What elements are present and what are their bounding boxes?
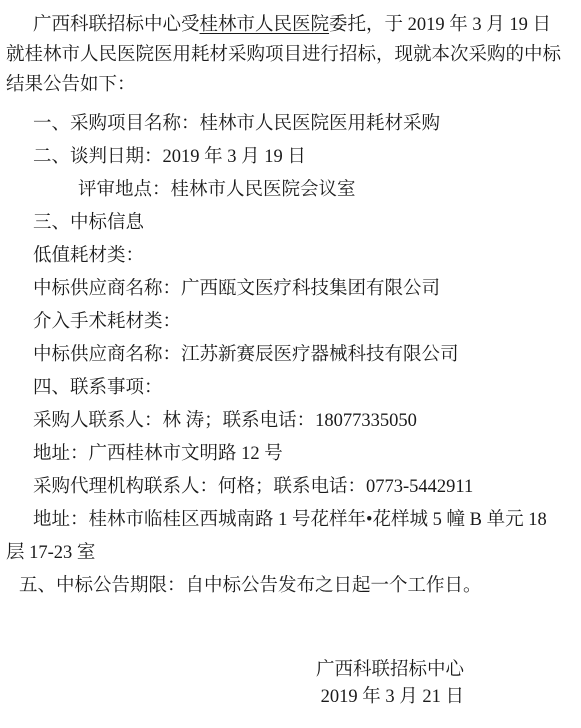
- purchaser-address: 地址：广西桂林市文明路 12 号: [6, 438, 573, 471]
- category-low-value-consumables: 低值耗材类：: [6, 240, 573, 273]
- item-5-announcement-period: 五、中标公告期限：自中标公告发布之日起一个工作日。: [6, 570, 573, 603]
- announcement-document: 广西科联招标中心受桂林市人民医院委托，于 2019 年 3 月 19 日 就桂林…: [0, 0, 581, 728]
- intro-paragraph: 广西科联招标中心受桂林市人民医院委托，于 2019 年 3 月 19 日 就桂林…: [6, 10, 573, 100]
- winner-interventional-consumables: 中标供应商名称：江苏新赛辰医疗器械科技有限公司: [6, 339, 573, 372]
- agency-address-line-2: 层 17-23 室: [6, 537, 573, 570]
- intro-line-2: 就桂林市人民医院医用耗材采购项目进行招标，现就本次采购的中标: [6, 40, 573, 70]
- agency-contact: 采购代理机构联系人：何格；联系电话：0773-5442911: [6, 471, 573, 504]
- category-interventional-consumables: 介入手术耗材类：: [6, 306, 573, 339]
- announcement-body: 一、采购项目名称：桂林市人民医院医用耗材采购 二、谈判日期：2019 年 3 月…: [6, 108, 573, 603]
- hospital-name-underlined: 桂林市人民医院: [200, 15, 330, 35]
- purchaser-contact: 采购人联系人：林 涛；联系电话：18077335050: [6, 405, 573, 438]
- item-4-contact-matters-heading: 四、联系事项：: [6, 372, 573, 405]
- agency-address-line-1: 地址：桂林市临桂区西城南路 1 号花样年•花样城 5 幢 B 单元 18: [6, 504, 573, 537]
- signature-date: 2019 年 3 月 21 日: [6, 684, 464, 711]
- intro-line-1-prefix: 广西科联招标中心受: [33, 15, 200, 35]
- intro-line-1-suffix: 委托，于 2019 年 3 月 19 日: [329, 15, 551, 35]
- item-1-project-name: 一、采购项目名称：桂林市人民医院医用耗材采购: [6, 108, 573, 141]
- intro-line-3: 结果公告如下：: [6, 70, 573, 100]
- signature-block: 广西科联招标中心 2019 年 3 月 21 日: [6, 657, 573, 711]
- signature-organization: 广西科联招标中心: [6, 657, 464, 684]
- review-location: 评审地点：桂林市人民医院会议室: [6, 174, 573, 207]
- item-2-negotiation-date: 二、谈判日期：2019 年 3 月 19 日: [6, 141, 573, 174]
- intro-line-1: 广西科联招标中心受桂林市人民医院委托，于 2019 年 3 月 19 日: [6, 10, 573, 40]
- item-3-award-info-heading: 三、中标信息: [6, 207, 573, 240]
- winner-low-value-consumables: 中标供应商名称：广西瓯文医疗科技集团有限公司: [6, 273, 573, 306]
